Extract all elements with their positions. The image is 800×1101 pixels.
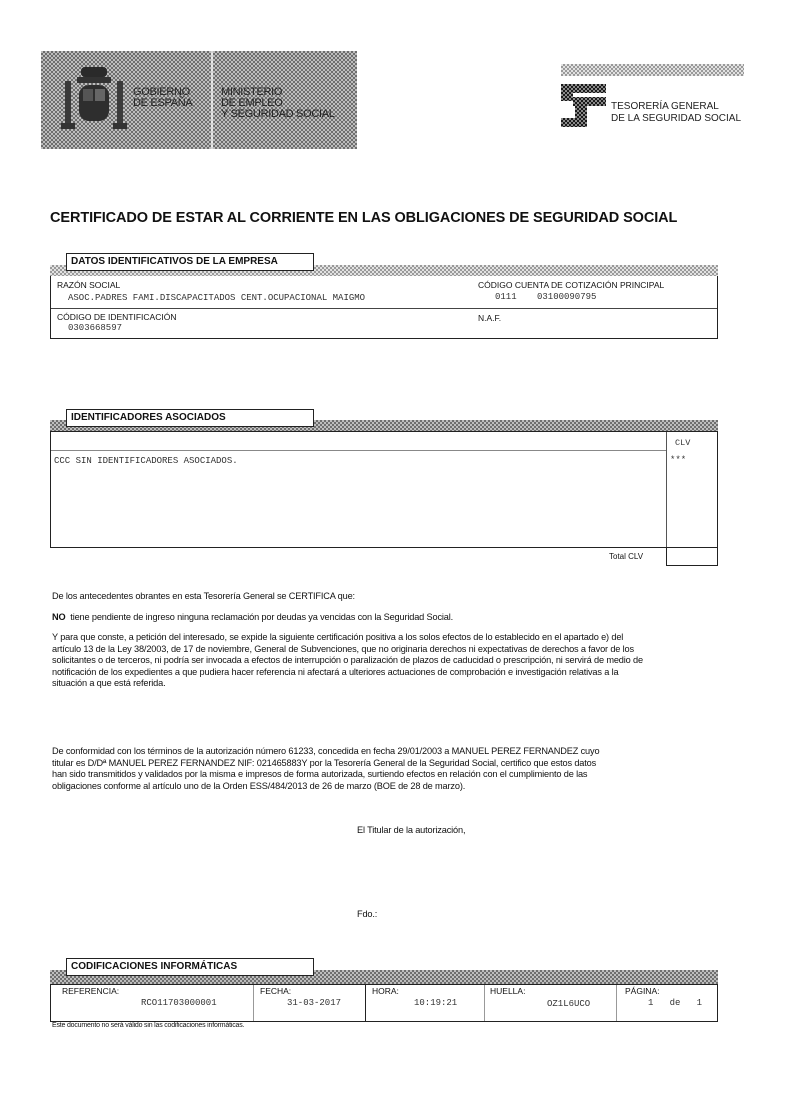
tgss-header-bar	[561, 64, 744, 76]
razon-social-label: RAZÓN SOCIAL	[57, 280, 120, 290]
identifiers-section	[50, 431, 718, 548]
tgss-line2: DE LA SEGURIDAD SOCIAL	[611, 113, 741, 125]
logo-divider	[211, 51, 213, 149]
pagina-value: 1 de 1	[648, 998, 702, 1008]
page-current: 1	[648, 998, 653, 1008]
tgss-text: TESORERÍA GENERAL DE LA SEGURIDAD SOCIAL	[611, 101, 741, 125]
huella-label: HUELLA:	[490, 986, 525, 996]
signatory-label: El Titular de la autorización,	[357, 825, 465, 837]
paragraph-1-line: situación a que está referida.	[52, 678, 643, 690]
ccc-label: CÓDIGO CUENTA DE COTIZACIÓN PRINCIPAL	[478, 280, 664, 290]
document-title: CERTIFICADO DE ESTAR AL CORRIENTE EN LAS…	[50, 210, 677, 226]
column-divider	[616, 985, 617, 1021]
codigo-ident-label: CÓDIGO DE IDENTIFICACIÓN	[57, 312, 176, 322]
no-label: NO	[52, 612, 65, 622]
identifier-row-text: CCC SIN IDENTIFICADORES ASOCIADOS.	[54, 456, 238, 466]
referencia-value: RCO11703000001	[141, 998, 217, 1008]
paragraph-2-line: han sido transmitidos y validados por la…	[52, 769, 599, 781]
hora-value: 10:19:21	[414, 998, 457, 1008]
ccc-regime: 0111	[495, 292, 517, 302]
column-divider	[253, 985, 254, 1021]
paragraph-1-line: artículo 13 de la Ley 38/2003, de 17 de …	[52, 644, 643, 656]
certification-intro: De los antecedentes obrantes en esta Tes…	[52, 591, 355, 603]
page-total: 1	[697, 998, 702, 1008]
paragraph-1: Y para que conste, a petición del intere…	[52, 632, 643, 690]
column-divider	[484, 985, 485, 1021]
codifications-label: CODIFICACIONES INFORMÁTICAS	[66, 958, 314, 976]
government-ministry-logo: GOBIERNO DE ESPAÑA MINISTERIO DE EMPLEO …	[41, 51, 357, 149]
paragraph-1-line: notificación de los expedientes a que pu…	[52, 667, 643, 679]
total-clv-label: Total CLV	[609, 552, 643, 561]
codigo-ident-value: 0303668597	[68, 323, 122, 333]
paragraph-1-line: solicitantes o de terceros, ni podría se…	[52, 655, 643, 667]
paragraph-2-line: De conformidad con los términos de la au…	[52, 746, 599, 758]
paragraph-2-line: titular es D/Dª MANUEL PEREZ FERNANDEZ N…	[52, 758, 599, 770]
column-divider	[365, 985, 366, 1021]
gov-text: GOBIERNO DE ESPAÑA	[133, 87, 192, 109]
page-of: de	[670, 998, 681, 1008]
clv-header: CLV	[675, 438, 690, 448]
header-divider	[51, 450, 666, 451]
razon-social-value: ASOC.PADRES FAMI.DISCAPACITADOS CENT.OCU…	[68, 293, 365, 303]
ministry-line3: Y SEGURIDAD SOCIAL	[221, 109, 335, 120]
paragraph-1-line: Y para que conste, a petición del intere…	[52, 632, 643, 644]
fecha-label: FECHA:	[260, 986, 291, 996]
tgss-line1: TESORERÍA GENERAL	[611, 101, 741, 113]
huella-value: OZ1L6UCO	[547, 999, 590, 1009]
validity-footnote: Este documento no será válido sin las co…	[52, 1022, 244, 1029]
no-text: tiene pendiente de ingreso ninguna recla…	[70, 612, 453, 622]
paragraph-2-line: obligaciones conforme al artículo uno de…	[52, 781, 599, 793]
company-data-label: DATOS IDENTIFICATIVOS DE LA EMPRESA	[66, 253, 314, 271]
hora-label: HORA:	[372, 986, 399, 996]
tgss-logo-icon	[561, 84, 606, 127]
referencia-label: REFERENCIA:	[62, 986, 119, 996]
paragraph-2: De conformidad con los términos de la au…	[52, 746, 599, 792]
row-divider	[51, 308, 717, 309]
no-debt-statement: NO tiene pendiente de ingreso ninguna re…	[52, 612, 453, 624]
identifiers-label: IDENTIFICADORES ASOCIADOS	[66, 409, 314, 427]
identifier-row-clv: ***	[670, 455, 686, 465]
clv-column-divider	[666, 432, 667, 547]
coat-of-arms-icon	[61, 65, 127, 135]
ministry-text: MINISTERIO DE EMPLEO Y SEGURIDAD SOCIAL	[221, 87, 335, 120]
naf-label: N.A.F.	[478, 313, 501, 323]
fecha-value: 31-03-2017	[287, 998, 341, 1008]
ccc-value: 03100090795	[537, 292, 596, 302]
signature-fdo: Fdo.:	[357, 909, 377, 921]
pagina-label: PÁGINA:	[625, 986, 659, 996]
gov-line2: DE ESPAÑA	[133, 98, 192, 109]
total-clv-box	[666, 547, 718, 566]
